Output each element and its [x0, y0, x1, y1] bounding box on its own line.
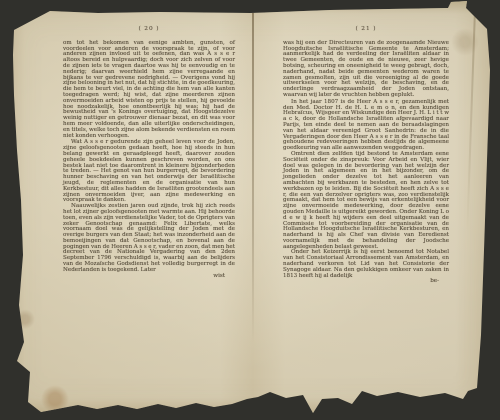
catchword-left: wist	[63, 274, 235, 280]
page-left: ( 20 ) om tot het bekomen van eenige amb…	[63, 27, 235, 279]
paragraph: Onder het Keizerrijk is hij eerst benoem…	[283, 250, 449, 279]
page-number-right: ( 21 )	[283, 27, 449, 33]
paper-sheet: ( 20 ) om tot het bekomen van eenige amb…	[0, 0, 500, 420]
paragraph: om tot het bekomen van eenige ambten, gu…	[63, 41, 235, 140]
paper-crease	[466, 14, 476, 234]
paragraph: In het jaar 1807 is de Heer A s s e r, g…	[283, 100, 449, 152]
catchword-right: be-	[283, 279, 449, 285]
paragraph: was hij een der Directeuren van de zooge…	[283, 41, 449, 99]
paragraph: Omtrent dien zelfden tijd bestond te Ams…	[283, 152, 449, 251]
page-right: ( 21 ) was hij een der Directeuren van d…	[283, 27, 449, 285]
center-fold-crease	[252, 13, 254, 343]
paragraph: Naauwelijks zestien jaren oud zijnde, tr…	[63, 204, 235, 274]
scanned-book-spread: ( 20 ) om tot het bekomen van eenige amb…	[0, 0, 500, 420]
page-number-left: ( 20 )	[63, 27, 235, 33]
paragraph: Wat A s s e r gedurende zijn geheel leve…	[63, 140, 235, 204]
